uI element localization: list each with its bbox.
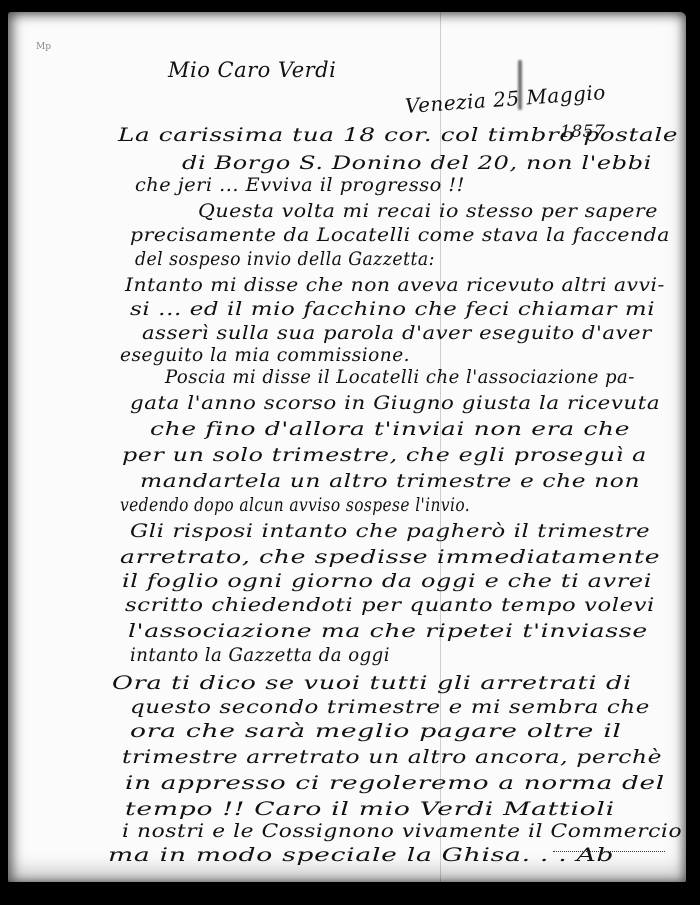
letter-line: ora che sarà meglio pagare oltre il [130,720,622,742]
letter-line: vedendo dopo alcun avviso sospese l'invi… [120,494,470,516]
letter-line: precisamente da Locatelli come stava la … [130,224,670,246]
letter-line: per un solo trimestre, che egli proseguì… [122,444,647,466]
letter-line: questo secondo trimestre e mi sembra che [130,696,650,718]
letter-line: mandartela un altro trimestre e che non [140,470,640,492]
letter-line: La carissima tua 18 cor. col timbro post… [118,124,678,146]
letter-line: gata l'anno scorso in Giugno giusta la r… [130,392,660,414]
corner-archive-mark: Mp [36,42,51,52]
letter-line: eseguito la mia commissione. [120,344,410,366]
letter-line: tempo !! Caro il mio Verdi Mattioli [125,798,615,820]
letter-line: di Borgo S. Donino del 20, non l'ebbi [182,152,652,174]
letter-line: arretrato, che spedisse immediatamente [120,546,660,568]
letter-line: che jeri ... Evviva il progresso !! [135,174,465,196]
salutation: Mio Caro Verdi [168,58,336,82]
letter-line: in appresso ci regoleremo a norma del [125,772,665,794]
letter-line: Gli risposi intanto che pagherò il trime… [130,520,650,542]
letter-line: ma in modo speciale la Ghisa. . . Ab [108,844,614,866]
letter-line: scritto chiedendoti per quanto tempo vol… [125,594,655,616]
letter-line: l'associazione ma che ripetei t'inviasse [128,620,648,642]
letter-line: che fino d'allora t'inviai non era che [150,418,630,440]
letter-line: si ... ed il mio facchino che feci chiam… [130,298,655,320]
letter-line: asserì sulla sua parola d'aver eseguito … [142,322,652,344]
letter-line: del sospeso invio della Gazzetta: [135,248,435,270]
letter-line: Poscia mi disse il Locatelli che l'assoc… [165,366,635,388]
letter-line: Intanto mi disse che non aveva ricevuto … [125,274,665,296]
letter-line: Ora ti dico se vuoi tutti gli arretrati … [112,672,632,694]
letter-line: intanto la Gazzetta da oggi [130,644,390,666]
letter-line: Questa volta mi recai io stesso per sape… [198,200,658,222]
letter-line: i nostri e le Cossignono vivamente il Co… [122,820,682,842]
signature-rule [553,851,665,853]
letter-line: il foglio ogni giorno da oggi e che ti a… [122,570,652,592]
letter-line: trimestre arretrato un altro ancora, per… [122,746,662,768]
